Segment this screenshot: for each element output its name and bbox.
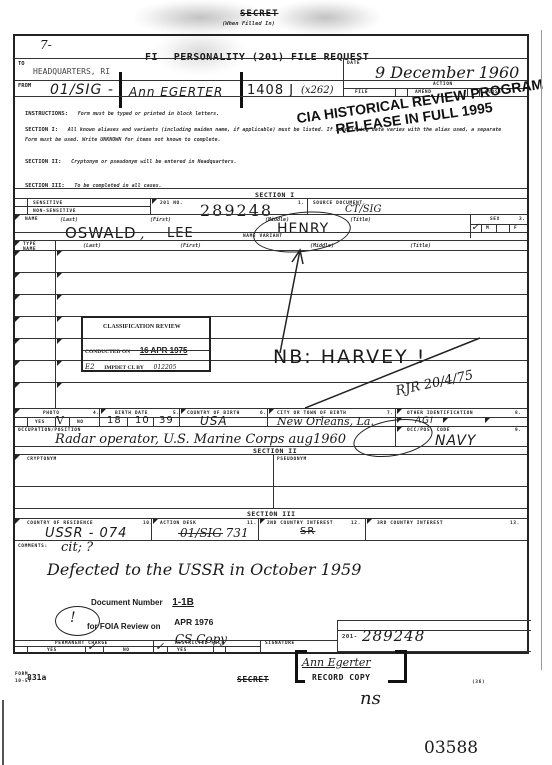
birth-month[interactable]: 10: [135, 415, 150, 426]
divider: [15, 518, 527, 519]
first-label: (First): [150, 217, 171, 223]
divider: [15, 646, 260, 647]
divider: [150, 198, 151, 214]
section2-label: SECTION II:: [25, 159, 61, 165]
page-number: 03588: [424, 738, 478, 758]
comments-short[interactable]: cit; ?: [61, 540, 93, 555]
field-marker: [15, 455, 20, 460]
field-marker: [443, 418, 448, 423]
sex-option-m[interactable]: M: [486, 226, 489, 231]
field-marker: [57, 317, 62, 322]
field-marker: [57, 251, 62, 256]
scan-edge: [2, 700, 4, 765]
section1-label: SECTION I:: [25, 127, 58, 133]
divider: [151, 518, 152, 540]
classification-top: SECRET: [240, 9, 279, 19]
field-marker: [269, 409, 274, 414]
field-marker: [57, 361, 62, 366]
field-marker: [15, 215, 20, 220]
divider: [27, 646, 28, 654]
divider: [83, 350, 209, 351]
divider: [15, 80, 527, 81]
item-number: 9.: [515, 428, 522, 433]
divider: [103, 646, 104, 654]
title-label: (Title): [350, 217, 371, 223]
divider: [15, 417, 527, 418]
section1-text: All known aliases and variants (includin…: [25, 127, 501, 143]
divider: [85, 646, 86, 654]
signature-value[interactable]: Ann Egerter: [302, 656, 371, 669]
field-marker: [57, 273, 62, 278]
field-marker: [57, 383, 62, 388]
pc-check-mark[interactable]: ✓: [87, 640, 96, 653]
field-marker: [397, 427, 402, 432]
divider: [395, 88, 396, 96]
second-country-value[interactable]: SR: [300, 526, 315, 537]
field-marker: [15, 383, 20, 388]
foia-review-row: for FOIA Review on APR 1976: [87, 614, 213, 633]
divider: [15, 214, 527, 215]
doc-number-label: Document Number: [91, 598, 163, 607]
scan-edge: [541, 30, 542, 670]
name-variant-label: NAME VARIANT: [243, 234, 283, 239]
item-number: 3.: [519, 217, 526, 222]
divider: [213, 646, 214, 654]
divider: [27, 417, 28, 426]
field-marker: [397, 409, 402, 414]
last-label: (Last): [60, 217, 78, 223]
section3-heading: SECTION III: [247, 510, 296, 518]
classification-bottom: SECRET: [237, 675, 269, 684]
divider: [273, 454, 274, 508]
field-marker: [15, 519, 20, 524]
rf-check-mark[interactable]: ✓: [155, 640, 164, 653]
birth-year[interactable]: 39: [159, 415, 174, 426]
pseudonym-label: PSEUDONYM: [277, 457, 307, 462]
sex-label: SEX: [490, 217, 500, 222]
field-marker: [101, 409, 106, 414]
divider: [225, 646, 226, 654]
field-marker: [153, 519, 158, 524]
divider: [260, 640, 261, 654]
divider: [343, 58, 344, 96]
divider: [69, 417, 70, 426]
first-name-value[interactable]: LEE: [167, 226, 194, 241]
classification-review-stamp: CLASSIFICATION REVIEW CONDUCTED ON 16 AP…: [81, 316, 211, 372]
pc-yes[interactable]: YES: [47, 648, 57, 653]
action-option-file[interactable]: FILE: [355, 90, 368, 95]
doc-number-value: 1-1B: [172, 597, 194, 608]
divider: [496, 224, 497, 232]
impdet-value: 012205: [154, 364, 177, 371]
divider: [153, 640, 154, 654]
impdet-row: E2 IMPDET CL BY 012205: [85, 354, 176, 373]
file-201-value[interactable]: 289248: [362, 627, 425, 645]
handwritten-mark: ns: [360, 688, 381, 709]
divider: [167, 646, 168, 654]
divider: [15, 188, 527, 189]
item-number: 8.: [515, 411, 522, 416]
divider: [15, 198, 527, 199]
impdet-label: IMPDET CL BY: [104, 365, 144, 371]
form-number: 831a: [27, 673, 46, 682]
classification-review-title: CLASSIFICATION REVIEW: [103, 324, 181, 330]
field-marker: [152, 199, 157, 204]
field-marker: [485, 418, 490, 423]
field-marker: [260, 519, 265, 524]
item-number: 7.: [387, 411, 394, 416]
divider: [365, 518, 366, 540]
foia-mark: !: [70, 610, 76, 626]
divider: [481, 224, 482, 232]
divider: [509, 224, 510, 232]
field-marker: [15, 295, 20, 300]
smudge: [270, 0, 380, 35]
field-marker: [15, 339, 20, 344]
date-label: DATE: [347, 61, 360, 66]
file-201-box: 201- 289248: [337, 620, 531, 652]
field-marker: [367, 519, 372, 524]
divider: [15, 232, 527, 233]
divider: [15, 426, 527, 427]
variant-last-label: (Last): [83, 243, 101, 249]
name-label: NAME: [25, 217, 38, 222]
variant-first-label: (First): [180, 243, 201, 249]
divider: [15, 58, 527, 59]
item-number: 13.: [510, 521, 520, 526]
residence-value[interactable]: USSR - 074: [45, 526, 127, 541]
item-number: 12.: [351, 521, 361, 526]
photo-yes[interactable]: YES: [35, 420, 45, 425]
form-code: (36): [472, 680, 485, 685]
bracket-top-left: [295, 650, 307, 653]
divider: [15, 206, 150, 207]
from-ext: (x262): [301, 85, 334, 96]
arrow-annotation: [270, 248, 310, 358]
document-number-row: Document Number 1-1B: [91, 590, 194, 609]
divider: [153, 417, 154, 426]
field-marker: [15, 409, 20, 414]
instructions-text: Form must be typed or printed in block l…: [78, 111, 219, 117]
field-marker: [15, 251, 20, 256]
divider: [15, 486, 527, 487]
file-no-label: 201 NO.: [160, 201, 183, 206]
personality-file-request-form: FI PERSONALITY (201) FILE REQUEST TO HEA…: [13, 34, 529, 654]
signature-label: SIGNATURE: [265, 641, 295, 646]
section2-text: Cryptonym or pseudonym will be entered i…: [71, 159, 237, 165]
divider: [15, 454, 527, 455]
item-number: 1.: [298, 201, 305, 206]
when-filled-note: (When Filled In): [222, 21, 275, 27]
birth-day[interactable]: 18: [107, 415, 122, 426]
file-201-label: 201-: [342, 634, 358, 640]
impdet-prefix: E2: [85, 363, 95, 371]
comments-label: COMMENTS:: [18, 544, 48, 549]
strikethrough: [178, 533, 223, 534]
field-marker: [57, 339, 62, 344]
action-label: ACTION: [433, 82, 453, 87]
cryptonym-label: CRYPTONYM: [27, 457, 57, 462]
sex-option-f[interactable]: F: [514, 226, 517, 231]
form-title: FI PERSONALITY (201) FILE REQUEST: [145, 45, 369, 64]
field-marker: [15, 361, 20, 366]
bracket-bottom-right: [388, 680, 407, 683]
bracket-bottom-left: [295, 680, 305, 683]
foia-review-value: APR 1976: [174, 617, 213, 627]
field-marker: [15, 317, 20, 322]
comments-value[interactable]: Defected to the USSR in October 1959: [47, 560, 361, 579]
divider: [15, 508, 527, 509]
from-label: FROM: [18, 83, 31, 89]
divider: [15, 240, 527, 241]
divider: [127, 417, 128, 426]
variant-title-label: (Title): [410, 243, 431, 249]
field-marker: [181, 409, 186, 414]
item-number: 6.: [260, 411, 267, 416]
to-value: HEADQUARTERS, RI: [33, 67, 110, 76]
photo-no[interactable]: NO: [77, 420, 84, 425]
pc-no[interactable]: NO: [123, 648, 130, 653]
file-no-value[interactable]: 289248: [200, 201, 273, 220]
to-label: TO: [18, 61, 25, 67]
field-marker: [57, 295, 62, 300]
field-marker: [15, 273, 20, 278]
rf-yes[interactable]: YES: [177, 648, 187, 653]
bracket-top-right: [395, 650, 407, 653]
foia-review-label: for FOIA Review on: [87, 622, 161, 631]
occupation-value[interactable]: Radar operator, U.S. Marine Corps aug196…: [55, 432, 346, 447]
field-marker: [15, 241, 20, 246]
divider: [258, 518, 259, 540]
variant-middle-label: (Middle): [310, 243, 334, 249]
third-country-label: 3RD COUNTRY INTEREST: [377, 521, 443, 526]
record-copy-label: RECORD COPY: [312, 673, 370, 682]
